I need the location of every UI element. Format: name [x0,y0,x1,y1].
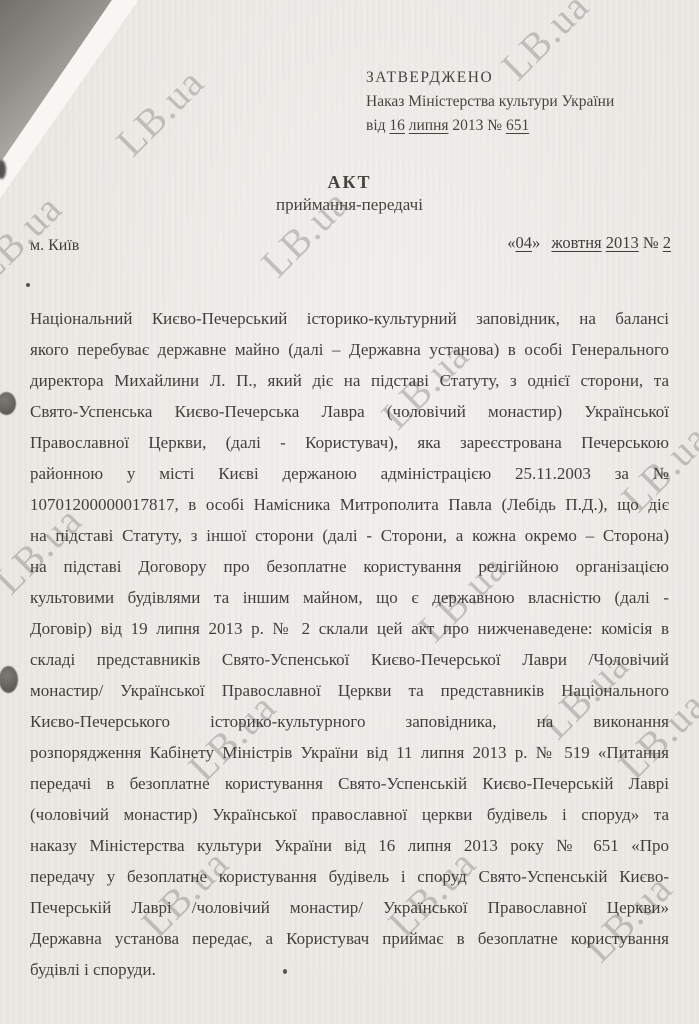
body-line: директора Михайлини Л. П., який діє на п… [30,365,669,396]
approval-date-line: від 16 липня 2013 № 651 [366,114,686,138]
body-line: будівлі і споруди. [30,954,669,985]
body-line: районною у місті Києві держаною адмініст… [30,458,669,489]
doc-number: 2 [663,233,671,252]
body-line: Києво-Печерського історико-культурного з… [30,706,669,737]
body-line: 10701200000017817, в особі Намісника Мит… [30,489,669,520]
body-line: (чоловічий монастир) Української правосл… [30,799,669,830]
hole-punch-bottom [0,666,18,693]
body-line: передачу у безоплатне користування будів… [30,861,669,892]
approval-block: ЗАТВЕРДЖЕНО Наказ Міністерства культури … [366,66,686,138]
approval-stamp: ЗАТВЕРДЖЕНО [366,66,686,90]
body-line: розпорядження Кабінету Міністрів України… [30,737,669,768]
title-block: АКТ приймання-передачі [0,172,699,215]
body-line: передачі в безоплатне користування Свято… [30,768,669,799]
body-line: Православної Церкви, (далі - Користувач)… [30,427,669,458]
body-line: Національний Києво-Печерський історико-к… [30,303,669,334]
document-page: LB.ua LB.ua LB.ua LB.ua LB.ua LB.ua LB.u… [0,0,699,1024]
lbua-watermark: LB.ua [107,59,214,166]
city-label: м. Київ [30,237,79,255]
doc-date-year: 2013 [606,233,639,252]
doc-number-sign: № [643,233,659,252]
body-line: наказу Міністерства культури України від… [30,830,669,861]
doc-title: АКТ [0,172,699,193]
approval-order-number: 651 [506,117,529,134]
doc-date-day: 04 [516,233,533,252]
hole-punch-top [0,392,16,415]
doc-date-month: жовтня [551,233,601,252]
body-line: монастир/ Української Православної Церкв… [30,675,669,706]
quote-open: « [507,233,515,252]
approval-number-sign: № [487,117,502,134]
body-line: якого перебуває державне майно (далі – Д… [30,334,669,365]
body-paragraph: Національний Києво-Печерський історико-к… [30,303,669,985]
approval-date-month: липня [409,117,449,134]
body-line: на підставі Статуту, з іншої сторони (да… [30,520,669,551]
doc-subtitle: приймання-передачі [0,195,699,215]
body-line: Свято-Успенська Києво-Печерська Лавра (ч… [30,396,669,427]
approval-date-prefix: від [366,117,386,134]
approval-date-day: 16 [389,117,405,134]
body-line: на підставі Договору про безоплатне кори… [30,551,669,582]
body-line: Печерській Лаврі /чоловічий монастир/ Ук… [30,892,669,923]
quote-close: » [532,233,540,252]
body-line: Договір) від 19 липня 2013 р. № 2 склали… [30,613,669,644]
scan-speck [26,283,30,287]
approval-date-year: 2013 [452,117,483,134]
body-line: культовими будівлями та іншим майном, що… [30,582,669,613]
body-line: Державна установа передає, а Користувач … [30,923,669,954]
approval-order-line: Наказ Міністерства культури України [366,90,686,114]
doc-date-line: «04» жовтня 2013 № 2 [507,233,671,253]
body-line: складі представників Свято-Успенської Ки… [30,644,669,675]
